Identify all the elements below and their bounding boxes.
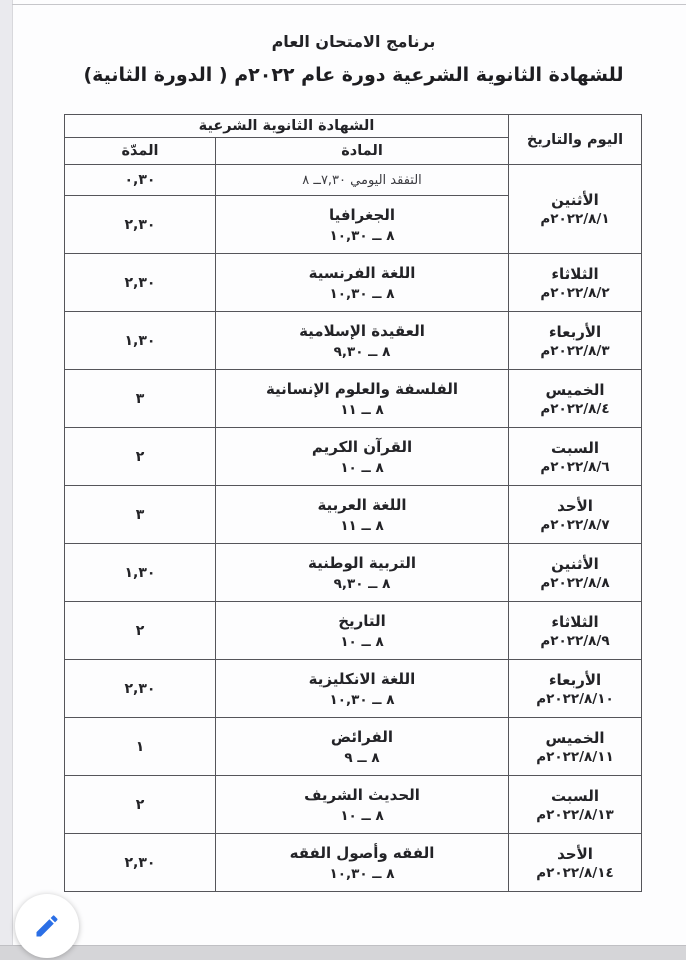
day-date: ٢٠٢٢/٨/١١م — [513, 749, 637, 765]
day-date: ٢٠٢٢/٨/٢م — [513, 285, 637, 301]
subject-time: ٨ ــ ١١ — [220, 402, 504, 418]
subject-time: ٨ ــ ١١ — [220, 518, 504, 534]
day-name: الأربعاء — [513, 323, 637, 341]
table-row: الأثنين ٢٠٢٢/٨/١م التفقد اليومي ٧,٣٠ــ ٨… — [65, 165, 642, 196]
table-row: الثلاثاء ٢٠٢٢/٨/٢م اللغة الفرنسية ٨ ــ ١… — [65, 254, 642, 312]
photo-top-edge — [12, 4, 686, 5]
table-row: الخميس ٢٠٢٢/٨/١١م الفرائض ٨ ــ ٩ ١ — [65, 718, 642, 776]
subject-name: اللغة الانكليزية — [220, 670, 504, 688]
duration-cell: ٢,٣٠ — [65, 196, 216, 254]
subject-name: اللغة العربية — [220, 496, 504, 514]
day-date: ٢٠٢٢/٨/١م — [513, 211, 637, 227]
day-cell: السبت ٢٠٢٢/٨/٦م — [509, 428, 642, 486]
page-title-line1: برنامج الامتحان العام — [65, 32, 642, 51]
exam-schedule-table: اليوم والتاريخ الشهادة الثانوية الشرعية … — [64, 114, 642, 892]
day-cell: الأثنين ٢٠٢٢/٨/٨م — [509, 544, 642, 602]
subject-name: التربية الوطنية — [220, 554, 504, 572]
day-date: ٢٠٢٢/٨/٩م — [513, 633, 637, 649]
day-date: ٢٠٢٢/٨/١٣م — [513, 807, 637, 823]
day-cell: الأربعاء ٢٠٢٢/٨/٣م — [509, 312, 642, 370]
edit-button[interactable] — [15, 894, 79, 958]
day-cell: السبت ٢٠٢٢/٨/١٣م — [509, 776, 642, 834]
subject-time: ٨ ــ ١٠ — [220, 460, 504, 476]
subject-time: ٨ ــ ٩ — [220, 750, 504, 766]
subject-cell: القرآن الكريم ٨ ــ ١٠ — [216, 428, 509, 486]
duration-cell: ٠,٣٠ — [65, 165, 216, 196]
day-cell: الثلاثاء ٢٠٢٢/٨/٢م — [509, 254, 642, 312]
subject-name: الفرائض — [220, 728, 504, 746]
subject-cell: الجغرافيا ٨ ــ ١٠,٣٠ — [216, 196, 509, 254]
duration-cell: ١,٣٠ — [65, 544, 216, 602]
day-name: الثلاثاء — [513, 613, 637, 631]
day-cell: الأحد ٢٠٢٢/٨/١٤م — [509, 834, 642, 892]
table-row: الأثنين ٢٠٢٢/٨/٨م التربية الوطنية ٨ ــ ٩… — [65, 544, 642, 602]
duration-cell: ٢,٣٠ — [65, 834, 216, 892]
subject-time: ٨ ــ ١٠,٣٠ — [220, 692, 504, 708]
day-date: ٢٠٢٢/٨/١٠م — [513, 691, 637, 707]
duration-cell: ٢,٣٠ — [65, 660, 216, 718]
column-header-subject: المادة — [216, 138, 509, 165]
subject-name: اللغة الفرنسية — [220, 264, 504, 282]
table-row: الأحد ٢٠٢٢/٨/٧م اللغة العربية ٨ ــ ١١ ٣ — [65, 486, 642, 544]
table-row: الأحد ٢٠٢٢/٨/١٤م الفقه وأصول الفقه ٨ ــ … — [65, 834, 642, 892]
pencil-icon — [33, 912, 61, 940]
subject-name: القرآن الكريم — [220, 438, 504, 456]
table-row: الخميس ٢٠٢٢/٨/٤م الفلسفة والعلوم الإنسان… — [65, 370, 642, 428]
subject-name: الجغرافيا — [220, 206, 504, 224]
subject-cell: التفقد اليومي ٧,٣٠ــ ٨ — [216, 165, 509, 196]
table-row: الأربعاء ٢٠٢٢/٨/٣م العقيدة الإسلامية ٨ ـ… — [65, 312, 642, 370]
duration-cell: ٢ — [65, 776, 216, 834]
duration-cell: ٣ — [65, 486, 216, 544]
subject-cell: الفلسفة والعلوم الإنسانية ٨ ــ ١١ — [216, 370, 509, 428]
table-row: السبت ٢٠٢٢/٨/١٣م الحديث الشريف ٨ ــ ١٠ ٢ — [65, 776, 642, 834]
day-name: السبت — [513, 439, 637, 457]
subject-time: ٨ ــ ١٠,٣٠ — [220, 286, 504, 302]
day-date: ٢٠٢٢/٨/١٤م — [513, 865, 637, 881]
duration-cell: ٢ — [65, 602, 216, 660]
subject-cell: اللغة الفرنسية ٨ ــ ١٠,٣٠ — [216, 254, 509, 312]
subject-cell: الفرائض ٨ ــ ٩ — [216, 718, 509, 776]
subject-time: ٨ ــ ١٠ — [220, 808, 504, 824]
column-header-day: اليوم والتاريخ — [509, 115, 642, 165]
day-name: الأثنين — [513, 191, 637, 209]
subject-name: العقيدة الإسلامية — [220, 322, 504, 340]
subject-name: التاريخ — [220, 612, 504, 630]
day-cell: الخميس ٢٠٢٢/٨/٤م — [509, 370, 642, 428]
day-name: الأثنين — [513, 555, 637, 573]
photo-bottom-edge — [0, 945, 686, 960]
subject-cell: الحديث الشريف ٨ ــ ١٠ — [216, 776, 509, 834]
day-name: الثلاثاء — [513, 265, 637, 283]
day-name: الأحد — [513, 497, 637, 515]
subject-time: ٨ ــ ٩,٣٠ — [220, 576, 504, 592]
subject-cell: الفقه وأصول الفقه ٨ ــ ١٠,٣٠ — [216, 834, 509, 892]
day-cell: الأحد ٢٠٢٢/٨/٧م — [509, 486, 642, 544]
day-name: الأربعاء — [513, 671, 637, 689]
photo-left-edge — [0, 0, 13, 960]
day-name: الخميس — [513, 729, 637, 747]
table-row: الأربعاء ٢٠٢٢/٨/١٠م اللغة الانكليزية ٨ ـ… — [65, 660, 642, 718]
subject-time: ٨ ــ ١٠ — [220, 634, 504, 650]
day-cell: الأربعاء ٢٠٢٢/٨/١٠م — [509, 660, 642, 718]
day-date: ٢٠٢٢/٨/٧م — [513, 517, 637, 533]
subject-cell: التربية الوطنية ٨ ــ ٩,٣٠ — [216, 544, 509, 602]
subject-time: ٨ ــ ٩,٣٠ — [220, 344, 504, 360]
day-date: ٢٠٢٢/٨/٦م — [513, 459, 637, 475]
duration-cell: ١ — [65, 718, 216, 776]
day-date: ٢٠٢٢/٨/٣م — [513, 343, 637, 359]
day-cell: الثلاثاء ٢٠٢٢/٨/٩م — [509, 602, 642, 660]
table-group-header: الشهادة الثانوية الشرعية — [65, 115, 509, 138]
subject-time: ٨ ــ ١٠,٣٠ — [220, 866, 504, 882]
day-cell: الخميس ٢٠٢٢/٨/١١م — [509, 718, 642, 776]
subject-name: الحديث الشريف — [220, 786, 504, 804]
duration-cell: ٢,٣٠ — [65, 254, 216, 312]
day-cell: الأثنين ٢٠٢٢/٨/١م — [509, 165, 642, 254]
subject-cell: اللغة العربية ٨ ــ ١١ — [216, 486, 509, 544]
subject-name: الفلسفة والعلوم الإنسانية — [220, 380, 504, 398]
subject-name: الفقه وأصول الفقه — [220, 844, 504, 862]
day-name: الأحد — [513, 845, 637, 863]
subject-time: ٨ ــ ١٠,٣٠ — [220, 228, 504, 244]
subject-cell: العقيدة الإسلامية ٨ ــ ٩,٣٠ — [216, 312, 509, 370]
day-date: ٢٠٢٢/٨/٤م — [513, 401, 637, 417]
duration-cell: ٣ — [65, 370, 216, 428]
table-row: الثلاثاء ٢٠٢٢/٨/٩م التاريخ ٨ ــ ١٠ ٢ — [65, 602, 642, 660]
column-header-duration: المدّة — [65, 138, 216, 165]
day-date: ٢٠٢٢/٨/٨م — [513, 575, 637, 591]
subject-name: التفقد اليومي ٧,٣٠ــ ٨ — [220, 173, 504, 188]
subject-cell: التاريخ ٨ ــ ١٠ — [216, 602, 509, 660]
duration-cell: ١,٣٠ — [65, 312, 216, 370]
page-title-line2: للشهادة الثانوية الشرعية دورة عام ٢٠٢٢م … — [65, 64, 642, 86]
table-row: السبت ٢٠٢٢/٨/٦م القرآن الكريم ٨ ــ ١٠ ٢ — [65, 428, 642, 486]
day-name: السبت — [513, 787, 637, 805]
duration-cell: ٢ — [65, 428, 216, 486]
subject-cell: اللغة الانكليزية ٨ ــ ١٠,٣٠ — [216, 660, 509, 718]
day-name: الخميس — [513, 381, 637, 399]
